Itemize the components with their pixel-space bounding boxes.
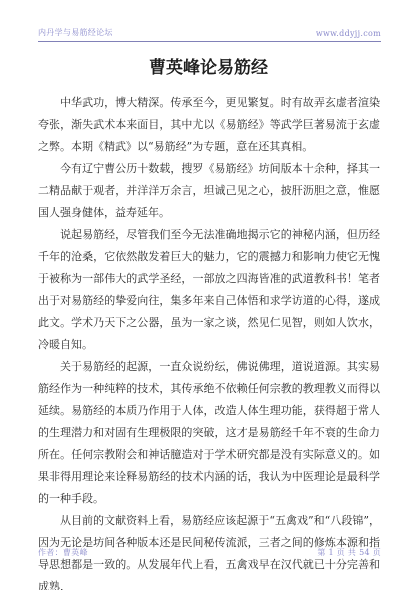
page-header: 内丹学与易筋经论坛 www.ddyjj.com — [38, 27, 381, 42]
document-page: 内丹学与易筋经论坛 www.ddyjj.com 曹英峰论易筋经 中华武功，博大精… — [0, 0, 417, 590]
paragraph: 说起易筋经，尽管我们至今无法准确地揭示它的神秘内涵，但历经千年的沧桑，它依然散发… — [38, 224, 380, 356]
paragraph: 今有辽宁曹公历十数载，搜罗《易筋经》坊间版本十余种，择其一二精品献于观者，并洋洋… — [38, 158, 380, 224]
forum-name: 内丹学与易筋经论坛 — [38, 27, 113, 38]
paragraph: 关于易筋经的起源，一直众说纷纭，佛说佛理，道说道源。其实易筋经作为一种纯粹的技术… — [38, 356, 380, 510]
author-label: 作者：曹英峰 — [38, 547, 88, 558]
paragraph: 中华武功，博大精深。传承至今，更见繁复。时有故弄玄虚者渲染夸张，渐失武术本来面目… — [38, 92, 380, 158]
page-footer: 作者：曹英峰 第 1 页 共 54 页 — [38, 547, 381, 558]
page-number: 第 1 页 共 54 页 — [317, 547, 381, 558]
site-url: www.ddyjj.com — [316, 29, 381, 38]
page-title: 曹英峰论易筋经 — [0, 53, 417, 78]
article-body: 中华武功，博大精深。传承至今，更见繁复。时有故弄玄虚者渲染夸张，渐失武术本来面目… — [38, 92, 380, 590]
